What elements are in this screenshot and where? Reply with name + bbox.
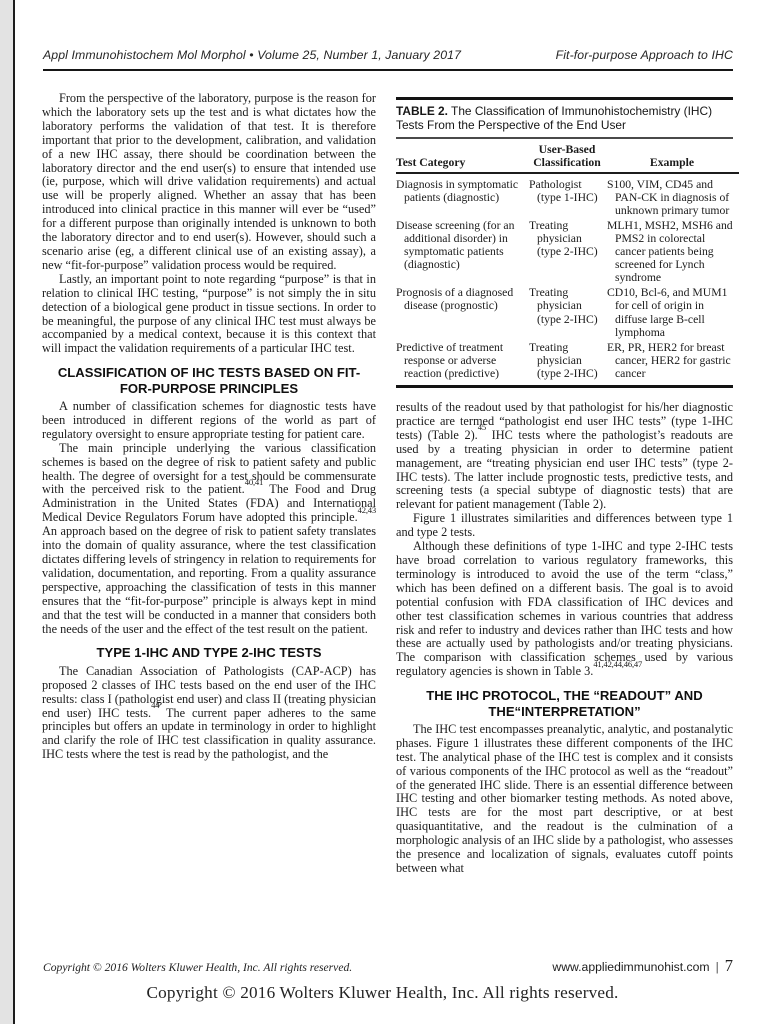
paragraph: Although these definitions of type 1-IHC…: [396, 540, 733, 679]
table-row: Diagnosis in symptomatic patients (diagn…: [396, 173, 739, 218]
paragraph: results of the readout used by that path…: [396, 401, 733, 512]
table-row: Disease screening (for an additional dis…: [396, 218, 739, 285]
scan-edge-line: [13, 0, 15, 1024]
reference-superscript: 44: [151, 700, 159, 710]
footer-divider: |: [716, 960, 719, 974]
paragraph: The Canadian Association of Pathologists…: [42, 665, 376, 762]
article-title: Fit-for-purpose Approach to IHC: [556, 48, 733, 62]
table-body: Diagnosis in symptomatic patients (diagn…: [396, 173, 739, 385]
reference-superscript: 41,42,44,46,47: [593, 659, 642, 669]
table-cell: Treating physician (type 2-IHC): [529, 340, 607, 385]
table-cell: Treating physician (type 2-IHC): [529, 285, 607, 339]
copyright-notice: Copyright © 2016 Wolters Kluwer Health, …: [43, 961, 352, 974]
table-cell: Diagnosis in symptomatic patients (diagn…: [396, 173, 529, 218]
table-cell: Pathologist (type 1-IHC): [529, 173, 607, 218]
table-cell: Predictive of treatment response or adve…: [396, 340, 529, 385]
paragraph: Figure 1 illustrates similarities and di…: [396, 512, 733, 540]
table-header-row: Test Category User-Based Classification …: [396, 139, 739, 173]
footer-right: www.appliedimmunohist.com | 7: [552, 956, 733, 976]
page-footer: Copyright © 2016 Wolters Kluwer Health, …: [43, 956, 733, 976]
paragraph: The IHC test encompasses preanalytic, an…: [396, 723, 733, 876]
table-row: Prognosis of a diagnosed disease (progno…: [396, 285, 739, 339]
bottom-copyright: Copyright © 2016 Wolters Kluwer Health, …: [0, 983, 765, 1003]
section-heading: THE IHC PROTOCOL, THE “READOUT” AND THE“…: [402, 688, 727, 719]
table-cell: MLH1, MSH2, MSH6 and PMS2 in colorectal …: [607, 218, 739, 285]
reference-superscript: 42,43: [358, 505, 376, 515]
table-2: TABLE 2. The Classification of Immunohis…: [396, 97, 733, 388]
paragraph: Lastly, an important point to note regar…: [42, 273, 376, 356]
table-cell: Treating physician (type 2-IHC): [529, 218, 607, 285]
right-column: TABLE 2. The Classification of Immunohis…: [396, 97, 733, 876]
column-header-test-category: Test Category: [396, 139, 529, 173]
column-header-user-based-classification: User-Based Classification: [529, 139, 607, 173]
paragraph: A number of classification schemes for d…: [42, 400, 376, 442]
table-caption-label: TABLE 2.: [396, 104, 448, 118]
page-number: 7: [725, 956, 733, 976]
section-heading: TYPE 1-IHC AND TYPE 2-IHC TESTS: [48, 645, 370, 660]
running-head: Appl Immunohistochem Mol Morphol • Volum…: [43, 48, 733, 62]
paragraph: From the perspective of the laboratory, …: [42, 92, 376, 273]
scan-margin-strip: [0, 0, 13, 1024]
left-column-blocks: From the perspective of the laboratory, …: [42, 92, 376, 762]
paragraph: The main principle underlying the variou…: [42, 442, 376, 637]
table-caption: TABLE 2. The Classification of Immunohis…: [396, 100, 733, 139]
journal-info: Appl Immunohistochem Mol Morphol • Volum…: [43, 48, 461, 62]
right-column-blocks: results of the readout used by that path…: [396, 401, 733, 876]
table-cell: ER, PR, HER2 for breast cancer, HER2 for…: [607, 340, 739, 385]
header-rule: [43, 69, 733, 71]
table-cell: Prognosis of a diagnosed disease (progno…: [396, 285, 529, 339]
table-cell: Disease screening (for an additional dis…: [396, 218, 529, 285]
table-row: Predictive of treatment response or adve…: [396, 340, 739, 385]
reference-superscript: 45: [478, 422, 486, 432]
left-column: From the perspective of the laboratory, …: [42, 92, 376, 762]
website-link[interactable]: www.appliedimmunohist.com: [552, 960, 709, 974]
section-heading: CLASSIFICATION OF IHC TESTS BASED ON FIT…: [48, 365, 370, 396]
column-header-example: Example: [607, 139, 739, 173]
table-cell: CD10, Bcl-6, and MUM1 for cell of origin…: [607, 285, 739, 339]
table-cell: S100, VIM, CD45 and PAN-CK in diagnosis …: [607, 173, 739, 218]
reference-superscript: 40,41: [245, 477, 263, 487]
